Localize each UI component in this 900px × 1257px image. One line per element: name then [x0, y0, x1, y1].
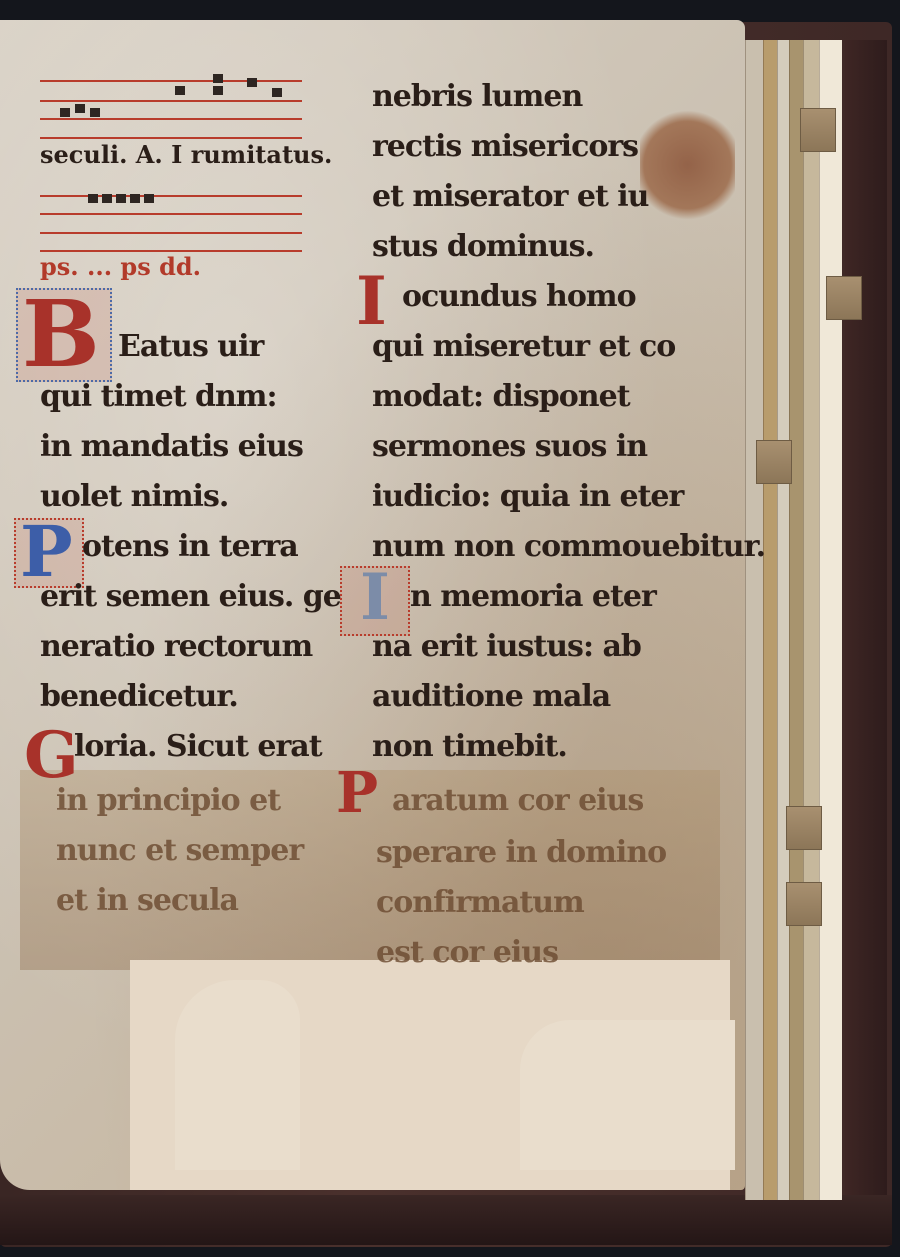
neume	[213, 86, 223, 95]
left-column-text: loria. Sicut erat	[74, 722, 322, 772]
text-line: Eatus uir	[118, 322, 263, 372]
page-edge	[819, 40, 842, 1200]
guard-tab	[800, 108, 836, 152]
text-line: iudicio: quia in eter	[372, 472, 765, 522]
staff-line	[40, 100, 302, 102]
text-line: nunc et semper	[56, 826, 303, 876]
left-column-text: Eatus uir	[118, 322, 263, 372]
right-column-text: nebris lumen rectis misericors et misera…	[372, 72, 648, 272]
chant-text: seculi. A. I rumitatus.	[40, 140, 332, 169]
guard-tab	[786, 806, 822, 850]
neume	[247, 78, 257, 87]
right-column-text: n memoria eter	[410, 572, 656, 622]
guard-tab	[826, 276, 862, 320]
left-column-text: erit semen eius. ge neratio rectorum ben…	[40, 572, 341, 722]
text-line: confirmatum	[376, 878, 666, 928]
text-line: est cor eius	[376, 928, 666, 978]
text-line: nebris lumen	[372, 72, 648, 122]
staff-line	[40, 118, 302, 120]
neume	[213, 74, 223, 83]
staff-line	[40, 137, 302, 139]
neume	[88, 194, 98, 203]
neume	[116, 194, 126, 203]
right-column-text: qui miseretur et co modat: disponet serm…	[372, 322, 765, 572]
text-line: neratio rectorum	[40, 622, 341, 672]
text-line: otens in terra	[82, 522, 298, 572]
text-line: qui miseretur et co	[372, 322, 765, 372]
neume	[175, 86, 185, 95]
page-edge	[763, 40, 778, 1200]
binding-edge	[845, 40, 887, 1220]
text-line: loria. Sicut erat	[74, 722, 322, 772]
staff-line	[40, 80, 302, 82]
text-line: et miserator et iu	[372, 172, 648, 222]
text-line: auditione mala	[372, 672, 641, 722]
neume	[272, 88, 282, 97]
left-column-text-faded: in principio et nunc et semper et in sec…	[56, 776, 303, 926]
right-column-text-faded: aratum cor eius	[392, 776, 643, 826]
text-line: n memoria eter	[410, 572, 656, 622]
text-line: benedicetur.	[40, 672, 341, 722]
neume	[90, 108, 100, 117]
neume	[144, 194, 154, 203]
rubric-line: ps. ... ps dd.	[40, 252, 201, 281]
left-column-text: qui timet dnm: in mandatis eius uolet ni…	[40, 372, 303, 522]
staff-line	[40, 232, 302, 234]
guard-tab	[786, 882, 822, 926]
text-line: stus dominus.	[372, 222, 648, 272]
neume	[75, 104, 85, 113]
page-edge	[803, 40, 820, 1200]
water-stain	[640, 110, 735, 220]
left-column-text: otens in terra	[82, 522, 298, 572]
text-line: sermones suos in	[372, 422, 765, 472]
text-line: in mandatis eius	[40, 422, 303, 472]
neume	[130, 194, 140, 203]
neume	[102, 194, 112, 203]
text-line: num non commouebitur.	[372, 522, 765, 572]
neume	[60, 108, 70, 117]
text-line: rectis misericors	[372, 122, 648, 172]
binding-bottom	[0, 1195, 892, 1245]
text-line: na erit iustus: ab	[372, 622, 641, 672]
text-line: in principio et	[56, 776, 303, 826]
text-line: ocundus homo	[402, 272, 636, 322]
text-line: aratum cor eius	[392, 776, 643, 826]
text-line: qui timet dnm:	[40, 372, 303, 422]
page-edge	[745, 40, 764, 1200]
lacuna	[520, 1020, 735, 1170]
text-line: modat: disponet	[372, 372, 765, 422]
right-column-text: ocundus homo	[402, 272, 636, 322]
staff-line	[40, 195, 302, 197]
text-line: uolet nimis.	[40, 472, 303, 522]
lacuna	[175, 980, 300, 1170]
right-column-text-faded: sperare in domino confirmatum est cor ei…	[376, 828, 666, 978]
text-line: erit semen eius. ge	[40, 572, 341, 622]
right-column-text: na erit iustus: ab auditione mala non ti…	[372, 622, 641, 772]
text-line: et in secula	[56, 876, 303, 926]
staff-line	[40, 213, 302, 215]
text-line: non timebit.	[372, 722, 641, 772]
page-edge	[789, 40, 804, 1200]
text-line: sperare in domino	[376, 828, 666, 878]
